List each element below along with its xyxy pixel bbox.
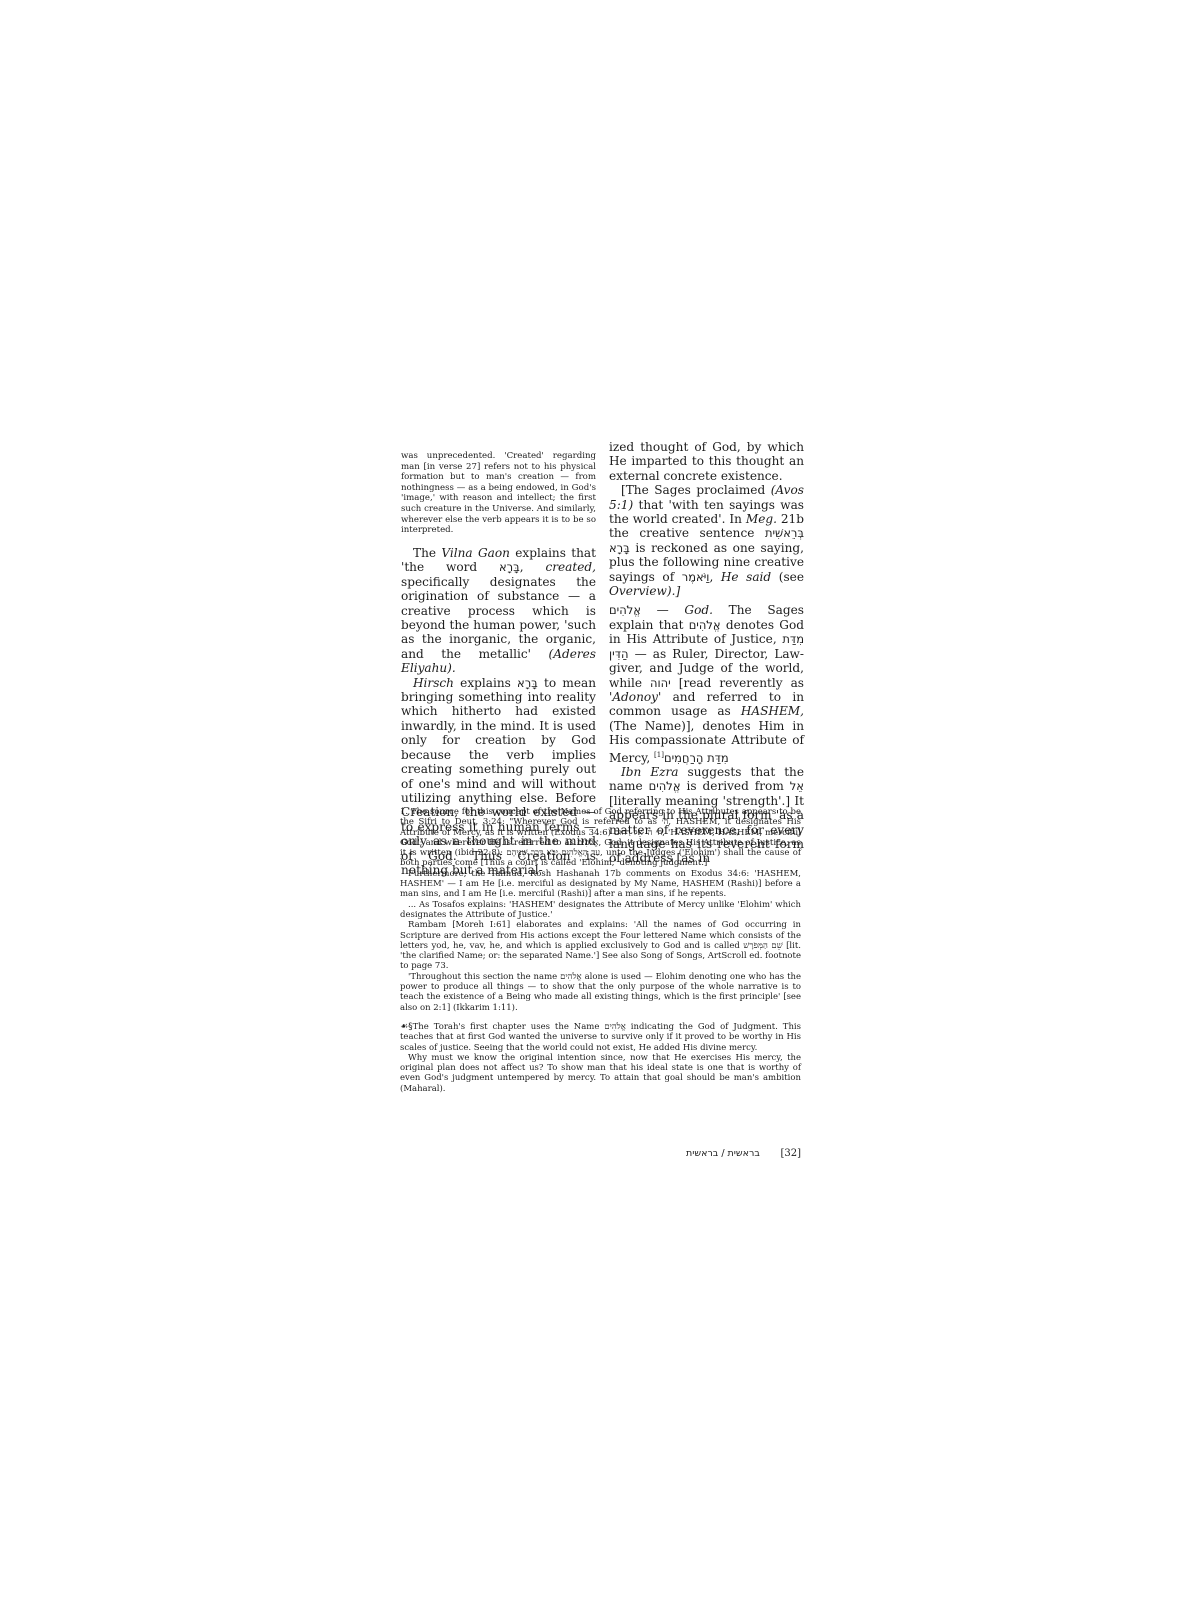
intro-note: was unprecedented. 'Created' regarding m…: [401, 451, 596, 536]
sidebar-note: ☙§The Torah's first chapter uses the Nam…: [400, 1022, 801, 1053]
paragraph-continuation: ized thought of God, by which He imparte…: [609, 440, 804, 483]
section-bullet-icon: ☙§: [400, 1022, 413, 1032]
paragraph-vilna-gaon: The Vilna Gaon explains that 'the word ב…: [401, 546, 596, 676]
hebrew-bara: בָּרָא: [499, 560, 520, 574]
footnote-tosafos: ... As Tosafos explains: 'HASHEM' design…: [400, 900, 801, 921]
footnote-talmud: Furthermore, the Talmud, Rosh Hashanah 1…: [400, 869, 801, 900]
footnote-rambam: Rambam [Moreh I:61] elaborates and expla…: [400, 920, 801, 971]
paragraph-sages: [The Sages proclaimed (Avos 5:1) that 'w…: [609, 483, 804, 598]
page-number: [32]: [780, 1148, 801, 1159]
footnotes: 1. The source for this concept of the Na…: [400, 807, 801, 1094]
footnote-ref[interactable]: [1]: [654, 751, 664, 759]
book-page: was unprecedented. 'Created' regarding m…: [0, 0, 1200, 1600]
footnote-1: 1. The source for this concept of the Na…: [400, 807, 801, 869]
right-column: ized thought of God, by which He imparte…: [609, 440, 804, 866]
page-footer: בראשית / בראשית [32]: [686, 1148, 801, 1159]
sidebar-note-maharal: Why must we know the original intention …: [400, 1053, 801, 1094]
footnote-ikkarim: 'Throughout this section the name אֱלֹהִ…: [400, 972, 801, 1013]
running-head: בראשית / בראשית: [686, 1148, 760, 1159]
paragraph-elohim: אֱלֹהִים — God. The Sages explain that א…: [609, 603, 804, 765]
